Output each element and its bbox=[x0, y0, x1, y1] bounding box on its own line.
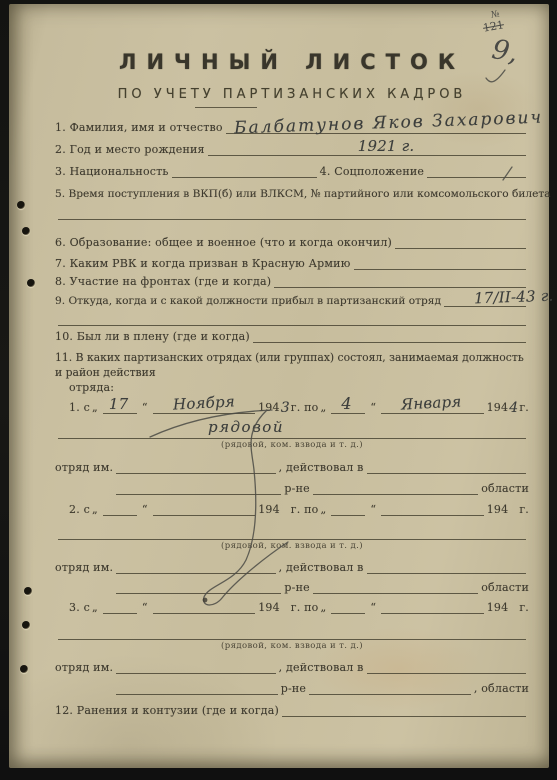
punch-hole bbox=[22, 227, 30, 235]
field-fronts-label: 8. Участие на фронтах (где и когда) bbox=[55, 275, 271, 288]
punch-hole bbox=[27, 279, 35, 287]
rne-token: р-не bbox=[281, 682, 306, 695]
month-to-handwriting: Января bbox=[401, 392, 462, 413]
gpo-token: г. по bbox=[291, 601, 319, 614]
form-title: ЛИЧНЫЙ ЛИСТОК bbox=[55, 50, 529, 74]
service-entry-1-dates: 1. с „ 17 “ Ноября 1943 г. по „ 4 “ Янва… bbox=[55, 398, 529, 414]
field-nationality-label: 3. Национальность bbox=[55, 165, 169, 178]
position-rule bbox=[58, 625, 526, 640]
from-token: с bbox=[84, 601, 90, 614]
quote-close: “ bbox=[142, 503, 148, 516]
field-wounds-label: 12. Ранения и контузии (где и когда) bbox=[55, 704, 279, 717]
oblast-token: области bbox=[481, 482, 529, 495]
field-party-label: 5. Время поступления в ВКП(б) или ВЛКСМ,… bbox=[55, 188, 551, 200]
position-handwriting: рядовой bbox=[208, 418, 284, 436]
g-token: г. bbox=[519, 401, 529, 414]
quote-open: „ bbox=[92, 601, 98, 614]
gpo-token: г. по bbox=[291, 503, 319, 516]
field-social-label: 4. Соцположение bbox=[320, 165, 424, 178]
otryad-token: отряд им. bbox=[55, 561, 113, 574]
month-to-line bbox=[381, 501, 483, 516]
day-to-line: 4 bbox=[331, 399, 365, 414]
position-rule: рядовой bbox=[58, 424, 526, 439]
otryad-rule bbox=[116, 459, 275, 474]
day-to-line bbox=[331, 599, 365, 614]
field-nationality-social: 3. Национальность 4. Соцположение bbox=[55, 163, 529, 178]
spacer bbox=[58, 580, 110, 594]
unit-line: отряд им. , действовал в bbox=[55, 459, 529, 474]
rne-token: р-не bbox=[284, 581, 309, 594]
punch-hole bbox=[20, 665, 28, 673]
otryad-token: отряд им. bbox=[55, 461, 113, 474]
field-birth-line: 1921 г. bbox=[208, 141, 526, 156]
field-nationality-line bbox=[172, 163, 317, 178]
position-line bbox=[55, 625, 529, 640]
position-hint: (рядовой, ком. взвода и т. д.) bbox=[55, 641, 529, 651]
field-surname-line: Балбатунов Яков Захарович bbox=[226, 119, 526, 134]
acted-token: , действовал в bbox=[279, 461, 364, 474]
acted-rule bbox=[367, 659, 526, 674]
month-from-line: Ноября bbox=[153, 399, 255, 414]
field-wounds: 12. Ранения и контузии (где и когда) bbox=[55, 702, 529, 717]
field-arrival-cont bbox=[55, 311, 529, 326]
scanned-form-paper: № 121 9, ЛИЧНЫЙ ЛИСТОК ПО УЧЕТУ ПАРТИЗАН… bbox=[9, 4, 549, 768]
rne-rule bbox=[309, 680, 471, 695]
entry-number: 1. bbox=[69, 401, 80, 414]
quote-open: „ bbox=[321, 601, 327, 614]
gpo-token: г. по bbox=[291, 401, 319, 414]
year-token: 194 bbox=[487, 503, 509, 516]
district-rule bbox=[116, 579, 281, 594]
acted-rule bbox=[367, 459, 526, 474]
from-token: с bbox=[84, 401, 90, 414]
acted-token: , действовал в bbox=[279, 561, 364, 574]
day-from-handwriting: 17 bbox=[109, 395, 129, 413]
position-hint: (рядовой, ком. взвода и т. д.) bbox=[55, 440, 529, 450]
otryad-rule bbox=[116, 559, 275, 574]
quote-open: „ bbox=[92, 401, 98, 414]
field-surname: 1. Фамилия, имя и отчество Балбатунов Як… bbox=[55, 119, 529, 134]
arrival-date-handwriting: 17/II-43 г. bbox=[474, 287, 554, 308]
field-birth-label: 2. Год и место рождения bbox=[55, 143, 205, 156]
field-captivity: 10. Был ли в плену (где и когда) bbox=[55, 328, 529, 343]
unit-line: отряд им. , действовал в bbox=[55, 559, 529, 574]
from-token: с bbox=[84, 503, 90, 516]
service-entry-2-dates: 2. с „ “ 194 г. по „ “ 194 г. bbox=[55, 501, 529, 516]
spacer bbox=[58, 681, 110, 695]
year-to-handwriting: 4 bbox=[509, 400, 518, 416]
field-party-line2 bbox=[58, 205, 526, 220]
form-content: ЛИЧНЫЙ ЛИСТОК ПО УЧЕТУ ПАРТИЗАНСКИХ КАДР… bbox=[55, 4, 529, 717]
punch-hole bbox=[24, 587, 32, 595]
quote-close: “ bbox=[142, 401, 148, 414]
rne-rule bbox=[313, 480, 478, 495]
day-from-line: 17 bbox=[103, 399, 137, 414]
field-birth: 2. Год и место рождения 1921 г. bbox=[55, 141, 529, 156]
punch-hole bbox=[17, 201, 25, 209]
otryad-rule bbox=[116, 659, 275, 674]
day-to-handwriting: 4 bbox=[341, 394, 351, 413]
field-social-line bbox=[427, 163, 526, 178]
field-education-line bbox=[395, 234, 526, 249]
district-line: р-не области bbox=[55, 480, 529, 495]
oblast-token: области bbox=[481, 581, 529, 594]
field-arrival-line2 bbox=[58, 311, 526, 326]
service-entry-3-dates: 3. с „ “ 194 г. по „ “ 194 г. bbox=[55, 599, 529, 614]
quote-open: „ bbox=[92, 503, 98, 516]
position-line: рядовой bbox=[55, 424, 529, 439]
form-subtitle: ПО УЧЕТУ ПАРТИЗАНСКИХ КАДРОВ bbox=[55, 87, 529, 102]
day-from-line bbox=[103, 599, 137, 614]
district-line: р-не области bbox=[55, 579, 529, 594]
quote-close: “ bbox=[370, 601, 376, 614]
field-units-heading: 11. В каких партизанских отрядах (или гр… bbox=[55, 350, 529, 395]
unit-line: отряд им. , действовал в bbox=[55, 659, 529, 674]
year-token: 194 bbox=[258, 401, 280, 414]
field-education-label: 6. Образование: общее и военное (что и к… bbox=[55, 236, 392, 249]
oblast-token: , области bbox=[474, 682, 529, 695]
field-units-label: 11. В каких партизанских отрядах (или гр… bbox=[55, 351, 524, 379]
field-arrival-line: 17/II-43 г. bbox=[444, 292, 526, 307]
entry-number: 3. bbox=[69, 601, 80, 614]
otryad-token: отряд им. bbox=[55, 661, 113, 674]
month-from-line bbox=[153, 599, 255, 614]
field-rvk-label: 7. Каким РВК и когда призван в Красную А… bbox=[55, 257, 351, 270]
field-arrival: 9. Откуда, когда и с какой должности при… bbox=[55, 292, 529, 307]
quote-open: „ bbox=[321, 401, 327, 414]
acted-token: , действовал в bbox=[279, 661, 364, 674]
field-party: 5. Время поступления в ВКП(б) или ВЛКСМ,… bbox=[55, 185, 529, 200]
district-rule bbox=[116, 680, 278, 695]
punch-hole bbox=[22, 621, 30, 629]
field-rvk: 7. Каким РВК и когда призван в Красную А… bbox=[55, 255, 529, 270]
month-from-line bbox=[153, 501, 255, 516]
acted-rule bbox=[367, 559, 526, 574]
position-rule bbox=[58, 525, 526, 540]
spacer bbox=[58, 481, 110, 495]
field-wounds-line bbox=[282, 702, 526, 717]
day-from-line bbox=[103, 501, 137, 516]
year-token: 194 bbox=[487, 601, 509, 614]
field-rvk-line bbox=[354, 255, 527, 270]
field-fronts: 8. Участие на фронтах (где и когда) bbox=[55, 273, 529, 288]
year-token: 194 bbox=[258, 601, 280, 614]
field-fronts-line bbox=[274, 273, 526, 288]
rne-rule bbox=[313, 579, 478, 594]
year-token: 194 bbox=[258, 503, 280, 516]
position-hint: (рядовой, ком. взвода и т. д.) bbox=[55, 541, 529, 551]
field-arrival-label: 9. Откуда, когда и с какой должности при… bbox=[55, 295, 441, 307]
quote-close: “ bbox=[370, 401, 376, 414]
field-education: 6. Образование: общее и военное (что и к… bbox=[55, 234, 529, 249]
field-captivity-line bbox=[253, 328, 526, 343]
year-token: 194 bbox=[487, 401, 509, 414]
entry-number: 2. bbox=[69, 503, 80, 516]
district-line: р-не , области bbox=[55, 680, 529, 695]
district-rule bbox=[116, 480, 281, 495]
position-line bbox=[55, 525, 529, 540]
rne-token: р-не bbox=[284, 482, 309, 495]
field-surname-label: 1. Фамилия, имя и отчество bbox=[55, 121, 223, 134]
quote-close: “ bbox=[142, 601, 148, 614]
month-from-handwriting: Ноября bbox=[172, 392, 235, 413]
g-token: г. bbox=[519, 601, 529, 614]
g-token: г. bbox=[519, 503, 529, 516]
birth-year-handwriting: 1921 г. bbox=[358, 137, 415, 155]
year-from-handwriting: 3 bbox=[281, 400, 290, 416]
field-captivity-label: 10. Был ли в плену (где и когда) bbox=[55, 330, 250, 343]
field-party-cont bbox=[55, 205, 529, 220]
surname-handwriting: Балбатунов Яков Захарович bbox=[233, 108, 543, 139]
month-to-line bbox=[381, 599, 483, 614]
field-units-label2: отряда: bbox=[69, 381, 114, 394]
month-to-line: Января bbox=[381, 399, 483, 414]
day-to-line bbox=[331, 501, 365, 516]
quote-close: “ bbox=[370, 503, 376, 516]
quote-open: „ bbox=[321, 503, 327, 516]
